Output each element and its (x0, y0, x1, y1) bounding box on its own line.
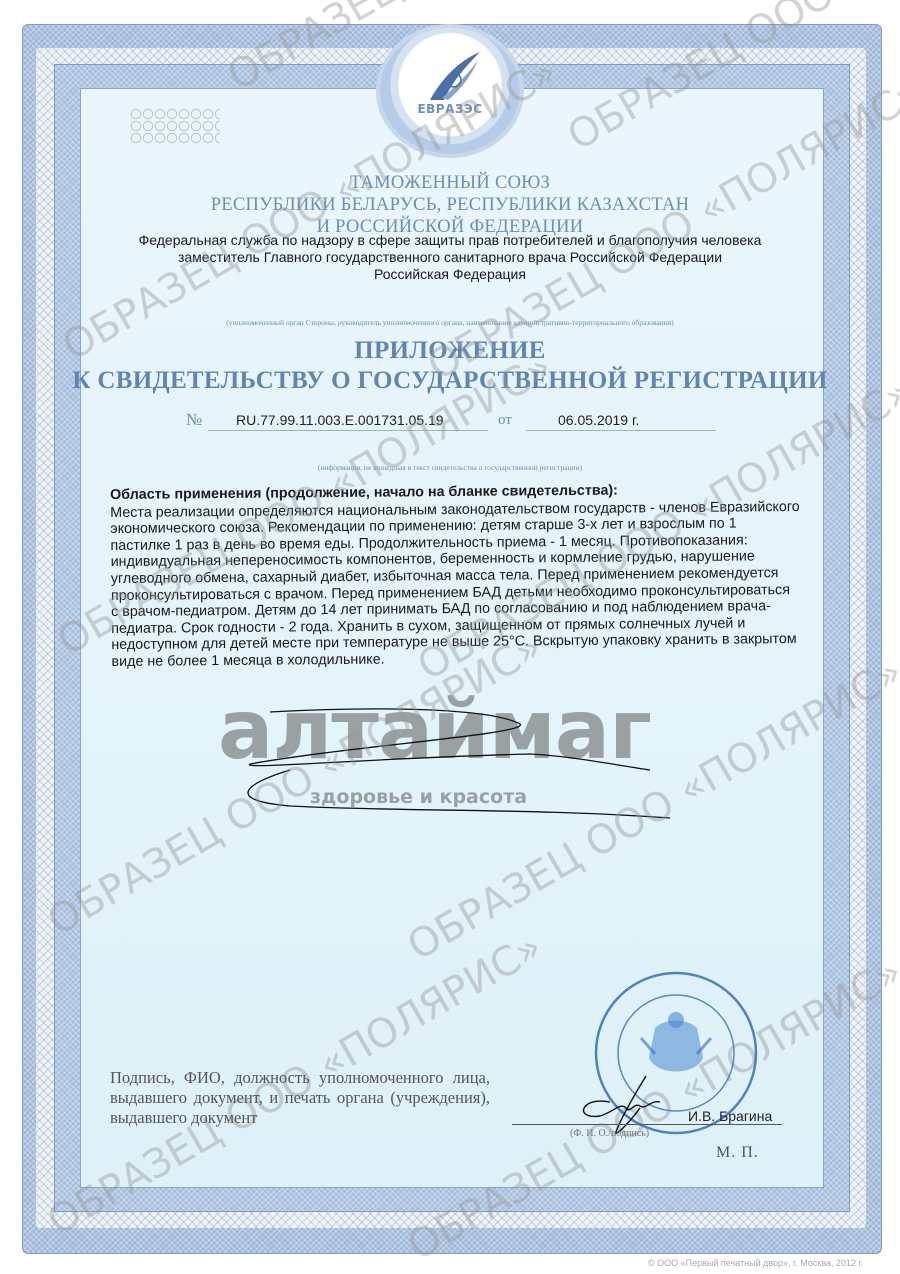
scope-text: Места реализации определяются национальн… (110, 499, 801, 671)
union-line-2: РЕСПУБЛИКИ БЕЛАРУСЬ, РЕСПУБЛИКИ КАЗАХСТА… (0, 194, 900, 216)
signature-line (512, 1124, 782, 1125)
eurasec-emblem-icon (422, 48, 482, 108)
printer-note: © ООО «Первый печатный двор», г. Москва,… (648, 1258, 863, 1268)
union-line-1: ТАМОЖЕННЫЙ СОЮЗ (0, 172, 900, 194)
authority-line-2: заместитель Главного государственного са… (0, 249, 900, 266)
emblem-label: ЕВРАЗЭС (380, 102, 520, 116)
title-line-2: К СВИДЕТЕЛЬСТВУ О ГОСУДАРСТВЕННОЙ РЕГИСТ… (0, 366, 900, 396)
date-prefix: от (498, 412, 512, 429)
date-underline (526, 430, 716, 431)
signature-field-caption: (Ф. И. О./подпись) (570, 1128, 649, 1139)
signature-scribble-icon (230, 690, 670, 820)
authority-line-1: Федеральная служба по надзору в сфере за… (0, 232, 900, 249)
authority-caption: (уполномоченный орган Стороны, руководит… (0, 318, 900, 327)
number-sign: № (186, 410, 202, 430)
info-caption: (информация, не вошедшая в текст свидете… (0, 463, 900, 472)
eurasec-emblem: ЕВРАЗЭС (380, 28, 520, 154)
customs-union-title: ТАМОЖЕННЫЙ СОЮЗ РЕСПУБЛИКИ БЕЛАРУСЬ, РЕС… (0, 172, 900, 238)
authority-line-3: Российская Федерация (0, 266, 900, 283)
registration-date: 06.05.2019 г. (558, 412, 639, 428)
number-underline (208, 430, 488, 431)
stamp-place-label: М. П. (716, 1144, 759, 1162)
security-pattern (130, 108, 220, 144)
signer-name: И.В. Брагина (688, 1108, 772, 1124)
registration-line: № RU.77.99.11.003.E.001731.05.19 от 06.0… (186, 410, 726, 432)
title-line-1: ПРИЛОЖЕНИЕ (0, 336, 900, 366)
scope-of-application: Область применения (продолжение, начало … (110, 481, 802, 671)
registration-number: RU.77.99.11.003.E.001731.05.19 (236, 412, 444, 428)
signature-caption: Подпись, ФИО, должность уполномоченного … (110, 1068, 490, 1128)
issuing-authority: Федеральная служба по надзору в сфере за… (0, 232, 900, 283)
document-title: ПРИЛОЖЕНИЕ К СВИДЕТЕЛЬСТВУ О ГОСУДАРСТВЕ… (0, 336, 900, 396)
